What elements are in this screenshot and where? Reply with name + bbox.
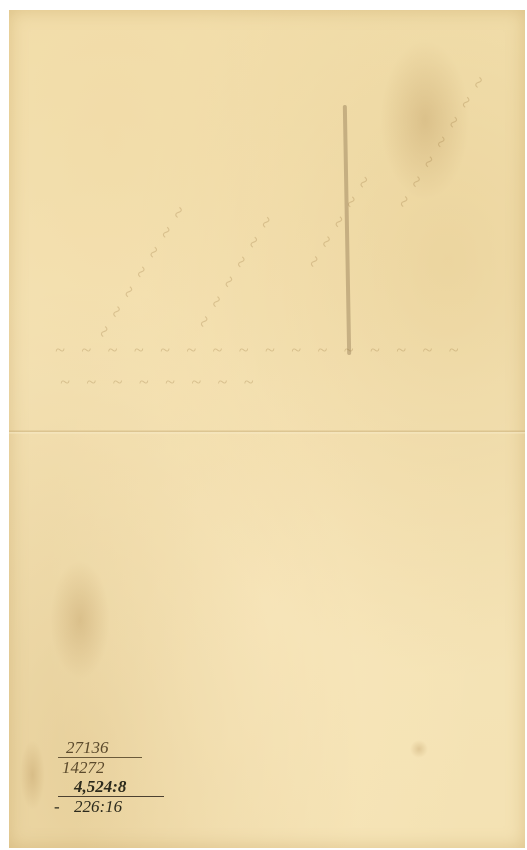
calc-line-4: - 226:16: [58, 796, 164, 816]
ink-calculation: 27136 14272 4,524:8 - 226:16: [58, 738, 168, 816]
age-stain: [410, 740, 428, 758]
age-stain: [20, 740, 45, 810]
age-stain: [50, 560, 110, 680]
calc-line-3: 4,524:8: [58, 777, 168, 796]
calc-line-2: 14272: [58, 757, 142, 777]
calc-line-1: 27136: [58, 738, 168, 757]
paper-fold: [9, 430, 525, 434]
bleed-through-figures: ~ ~ ~ ~ ~ ~ ~ ~: [60, 372, 259, 393]
bleed-through-figures: ~ ~ ~ ~ ~ ~ ~ ~ ~ ~ ~ ~ ~ ~ ~ ~: [55, 340, 464, 361]
calc-result: 226:16: [74, 797, 122, 816]
minus-sign: -: [54, 797, 60, 816]
